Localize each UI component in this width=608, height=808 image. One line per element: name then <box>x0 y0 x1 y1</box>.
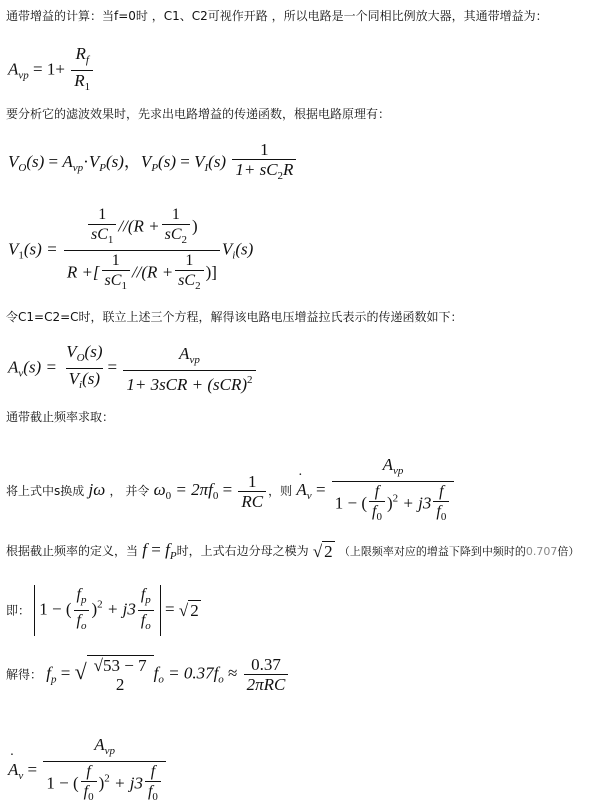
equation-final-gain: Av = Avp1 − (ff0)2 + j3ff0 <box>8 735 168 807</box>
paragraph-cutoff-heading: 通带截止频率求取： <box>6 410 114 424</box>
equation-laplace-transfer: Av(s) = VO(s)Vi(s)= Avp1+ 3sCR + (sCR)2 <box>8 342 258 395</box>
paragraph-passband-gain: 通带增益的计算：当f=0时 ，C1、C2可视作开路 ，所以电路是一个同相比例放大… <box>6 9 548 23</box>
paragraph-cutoff-definition: 根据截止频率的定义，当 f = fP时，上式右边分母之模为 √2 （上限频率对应… <box>6 540 579 562</box>
equation-substitute-jw: 将上式中s换成 jω ， 并令 ω0 = 2πf0 = 1RC，则 Av = A… <box>6 455 456 527</box>
paragraph-transfer-function-intro: 要分析它的滤波效果时，先求出电路增益的传递函数，根据电路原理有： <box>6 107 390 121</box>
equation-passband-gain: Avp = 1+ RfR1 <box>8 44 95 97</box>
equation-v1: V1(s) = 1sC1//(R +1sC2) R +[1sC1//(R +1s… <box>8 205 253 296</box>
paragraph-c1-equals-c2: 令C1=C2=C时，联立上述三个方程，解得该电路电压增益拉氏表示的传递函数如下： <box>6 310 463 324</box>
equation-solution-fp: 解得： fp = √√53 − 72fo = 0.37fo ≈ 0.372πRC <box>6 655 290 694</box>
equation-vo-vp: VO(s) = Avp·VP(s)，VP(s) = VI(s) 11+ sC2R <box>8 140 298 186</box>
equation-modulus-condition: 即： 1 − (fpfo)2 + j3fpfo = √2 <box>6 585 201 636</box>
